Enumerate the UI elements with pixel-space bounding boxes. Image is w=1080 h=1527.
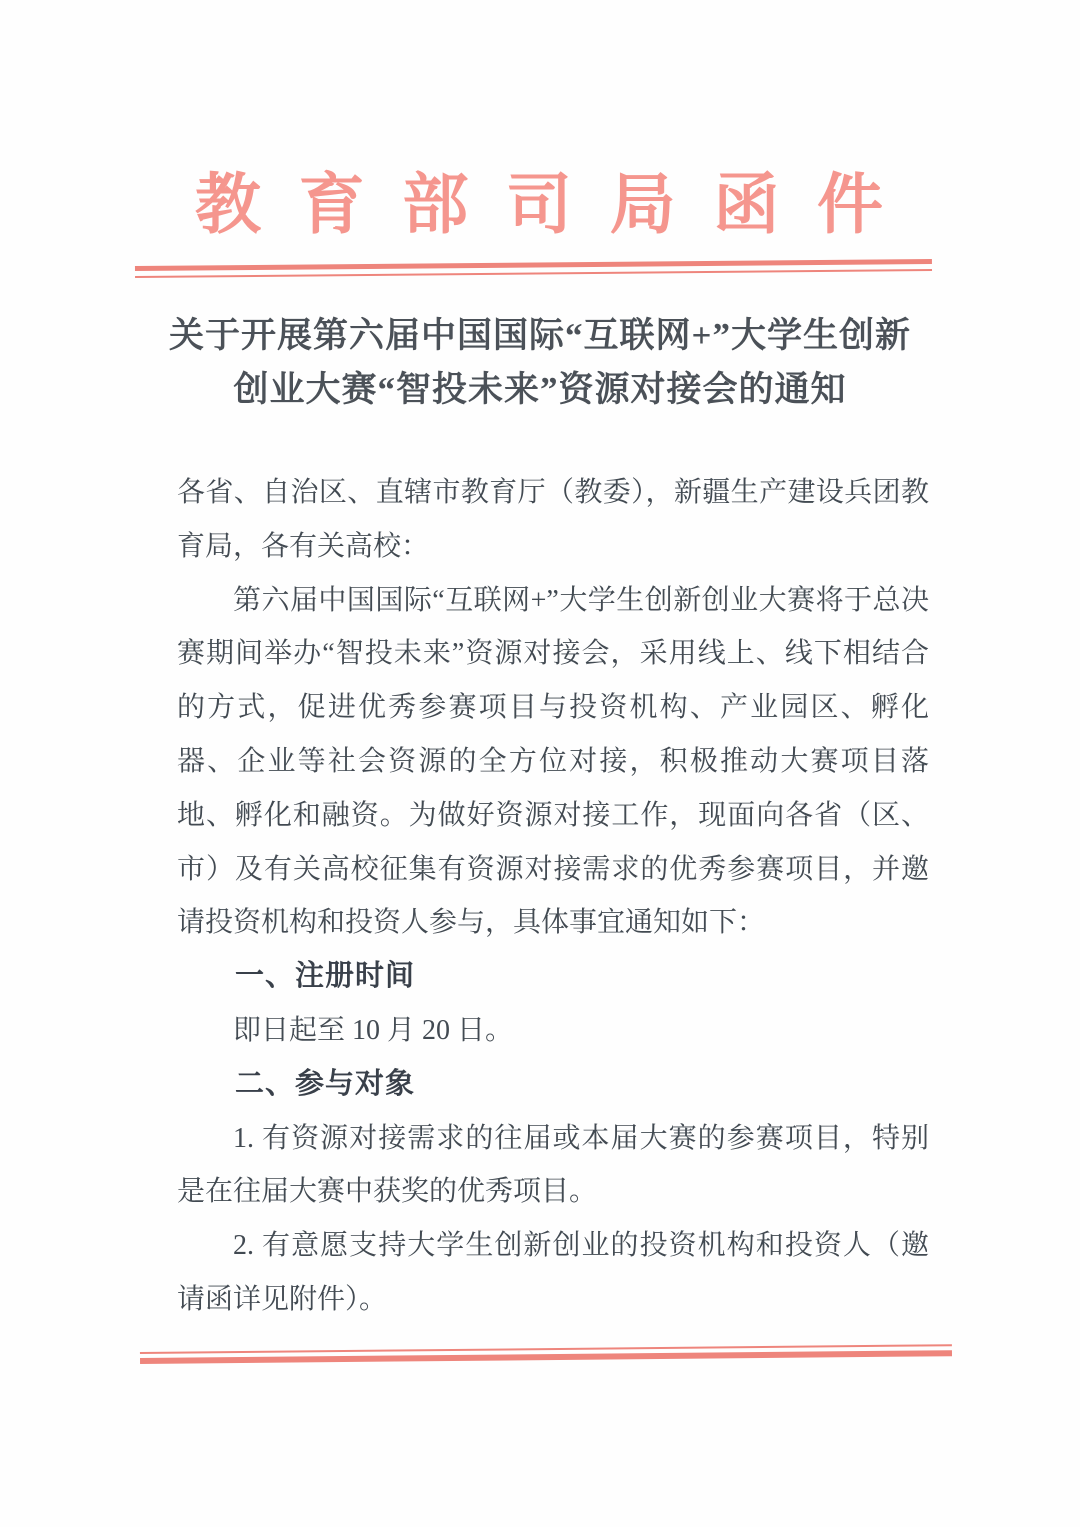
- document-body: 各省、自治区、直辖市教育厅（教委），新疆生产建设兵团教育局，各有关高校： 第六届…: [177, 466, 929, 1327]
- intro-paragraph: 第六届中国国际“互联网+”大学生创新创业大赛将于总决赛期间举办“智投未来”资源对…: [177, 574, 929, 951]
- section-1-body: 即日起至 10 月 20 日。: [177, 1004, 929, 1058]
- section-2-item-1: 1. 有资源对接需求的往届或本届大赛的参赛项目，特别是在往届大赛中获奖的优秀项目…: [177, 1112, 929, 1220]
- letterhead-double-rule: [135, 259, 932, 278]
- footer-double-rule: [140, 1344, 952, 1364]
- document-title: 关于开展第六届中国国际“互联网+”大学生创新 创业大赛“智投未来”资源对接会的通…: [163, 309, 917, 417]
- letterhead-title: 教育部司局函件: [195, 164, 883, 248]
- section-2-heading: 二、参与对象: [177, 1058, 929, 1112]
- section-2-item-2: 2. 有意愿支持大学生创新创业的投资机构和投资人（邀请函详见附件）。: [177, 1219, 929, 1327]
- document-title-line-1: 关于开展第六届中国国际“互联网+”大学生创新: [163, 309, 917, 363]
- scanned-letter-page: 教育部司局函件 关于开展第六届中国国际“互联网+”大学生创新 创业大赛“智投未来…: [0, 0, 1080, 1527]
- document-title-line-2: 创业大赛“智投未来”资源对接会的通知: [163, 363, 917, 417]
- rule-thin-bar: [135, 269, 932, 278]
- salutation-paragraph: 各省、自治区、直辖市教育厅（教委），新疆生产建设兵团教育局，各有关高校：: [177, 466, 929, 574]
- section-1-heading: 一、注册时间: [177, 950, 929, 1004]
